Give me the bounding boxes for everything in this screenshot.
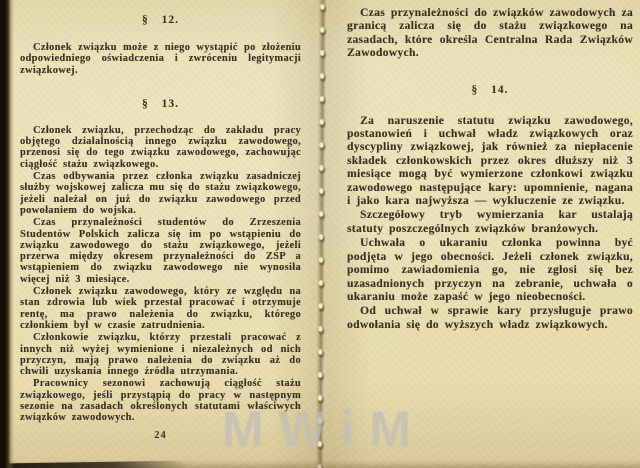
paragraph: Członek związku, przechodząc do zakładu …	[20, 125, 301, 170]
paragraph: Członek związku zawodowego, który ze wzg…	[20, 286, 301, 331]
paragraph: Za naruszenie statutu związku zawodowego…	[347, 114, 633, 208]
section-heading-13: § 13.	[20, 98, 301, 110]
book-left-edge-shadow	[0, 0, 14, 468]
paragraph: Od uchwał w sprawie kary przysługuje pra…	[347, 304, 633, 331]
paragraph: Członkowie związku, którzy przestali pra…	[20, 332, 301, 377]
section-heading-12: § 12.	[20, 14, 301, 26]
book-spread: § 12. Członek związku może z niego wystą…	[0, 0, 640, 468]
page-number: 24	[20, 430, 301, 441]
left-page: § 12. Członek związku może z niego wystą…	[20, 8, 301, 425]
paragraph: Pracownicy sezonowi zachowują ciągłość s…	[20, 378, 301, 423]
section-heading-14: § 14.	[347, 84, 633, 96]
paragraph: Szczegółowy tryb wymierzania kar ustalaj…	[347, 208, 633, 235]
paragraph: Czas przynależności studentów do Zrzesze…	[20, 217, 301, 285]
binding-stitches	[311, 0, 332, 468]
paragraph: Uchwała o ukaraniu członka powinna być p…	[347, 236, 633, 303]
paragraph: Członek związku może z niego wystąpić po…	[20, 42, 301, 76]
paragraph: Czas przynależności do związków zawodowy…	[347, 6, 633, 60]
paragraph: Czas odbywania przez członka związku zas…	[20, 171, 301, 216]
right-page: Czas przynależności do związków zawodowy…	[347, 6, 633, 332]
